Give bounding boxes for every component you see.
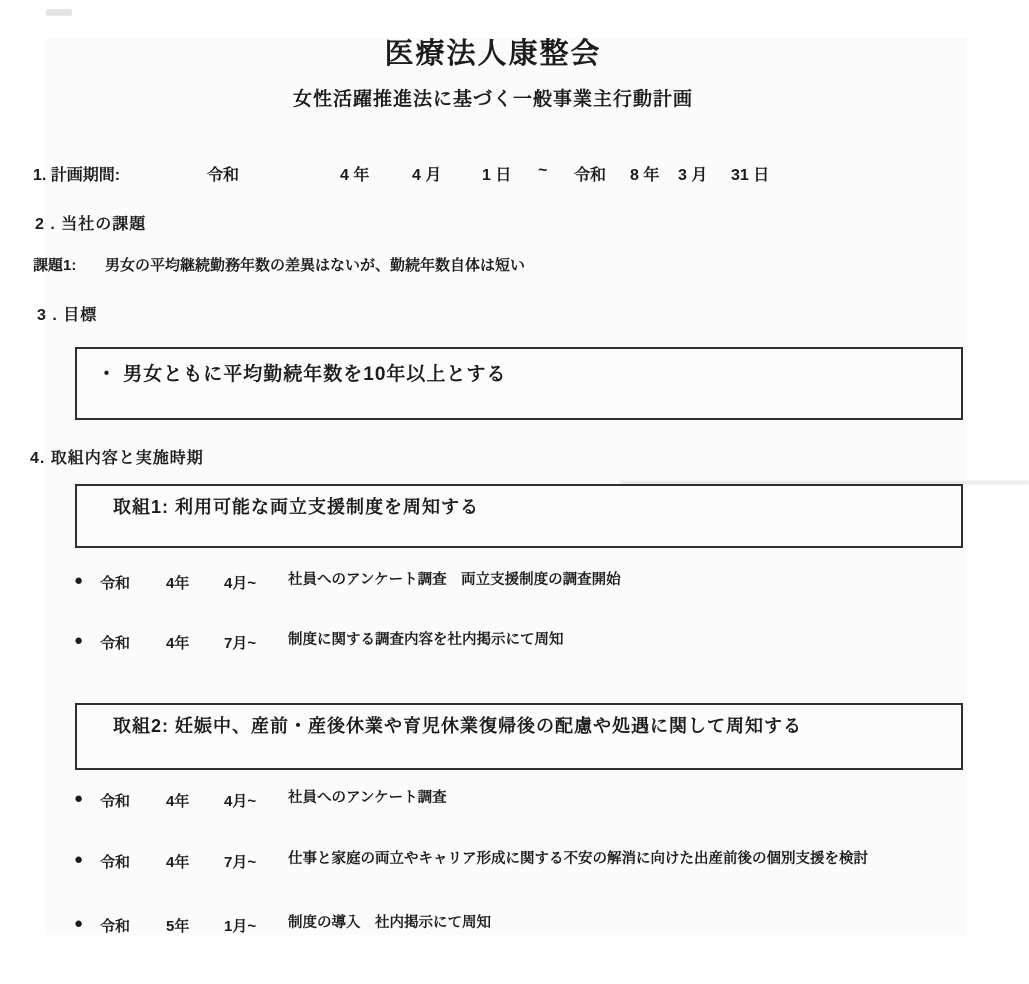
bullet-icon: ● [74, 915, 83, 932]
initiative-2-title: 取組2: 妊娠中、産前・産後休業や育児休業復帰後の配慮や処遇に関して周知する [77, 705, 961, 738]
schedule-row: ● 令和 5年 1月~ 制度の導入 社内掲示にて周知 [0, 915, 1029, 941]
schedule-month: 1月~ [224, 915, 256, 936]
schedule-year: 4年 [166, 790, 189, 811]
plan-end-month: 3 月 [678, 162, 707, 185]
schedule-era: 令和 [100, 790, 130, 811]
plan-period-row: 1. 計画期間: 令和 4 年 4 月 1 日 ~ 令和 8 年 3 月 31 … [0, 162, 1029, 186]
initiative-2-box: 取組2: 妊娠中、産前・産後休業や育児休業復帰後の配慮や処遇に関して周知する [75, 703, 963, 770]
schedule-description: 社員へのアンケート調査 両立支援制度の調査開始 [288, 568, 621, 589]
plan-end-day: 31 日 [731, 162, 769, 185]
schedule-row: ● 令和 4年 7月~ 制度に関する調査内容を社内掲示にて周知 [0, 632, 1029, 658]
schedule-month: 4月~ [224, 572, 256, 593]
section-goals-label: 3 . 目標 [37, 302, 97, 325]
plan-start-era: 令和 [207, 162, 239, 185]
schedule-year: 4年 [166, 851, 189, 872]
schedule-year: 5年 [166, 915, 189, 936]
schedule-row: ● 令和 4年 4月~ 社員へのアンケート調査 両立支援制度の調査開始 [0, 572, 1029, 598]
issue-1-label: 課題1: [33, 254, 76, 275]
schedule-year: 4年 [166, 572, 189, 593]
plan-start-month: 4 月 [412, 162, 441, 185]
initiative-1-title: 取組1: 利用可能な両立支援制度を周知する [77, 486, 961, 519]
schedule-row: ● 令和 4年 7月~ 仕事と家庭の両立やキャリア形成に関する不安の解消に向けた… [0, 851, 1029, 877]
plan-end-era: 令和 [574, 162, 606, 185]
schedule-description: 制度の導入 社内掲示にて周知 [288, 911, 491, 932]
initiative-1-box: 取組1: 利用可能な両立支援制度を周知する [75, 484, 963, 548]
schedule-era: 令和 [100, 915, 130, 936]
document-subtitle: 女性活躍推進法に基づく一般事業主行動計画 [45, 84, 941, 111]
plan-period-label: 1. 計画期間: [33, 162, 120, 185]
schedule-era: 令和 [100, 632, 130, 653]
goal-text: ・ 男女ともに平均勤続年数を10年以上とする [77, 349, 961, 386]
goal-box: ・ 男女ともに平均勤続年数を10年以上とする [75, 347, 963, 420]
schedule-description: 制度に関する調査内容を社内掲示にて周知 [288, 628, 564, 649]
plan-start-day: 1 日 [482, 162, 511, 185]
bullet-icon: ● [74, 572, 83, 589]
schedule-month: 7月~ [224, 851, 256, 872]
schedule-era: 令和 [100, 851, 130, 872]
bullet-icon: ● [74, 632, 83, 649]
schedule-month: 7月~ [224, 632, 256, 653]
schedule-era: 令和 [100, 572, 130, 593]
bullet-icon: ● [74, 790, 83, 807]
schedule-description: 社員へのアンケート調査 [288, 786, 447, 807]
document-title: 医療法人康整会 [45, 31, 941, 72]
schedule-month: 4月~ [224, 790, 256, 811]
bullet-icon: ● [74, 851, 83, 868]
schedule-year: 4年 [166, 632, 189, 653]
schedule-description: 仕事と家庭の両立やキャリア形成に関する不安の解消に向けた出産前後の個別支援を検討 [288, 847, 868, 868]
scan-artifact-smudge [46, 9, 72, 16]
plan-range-tilde: ~ [538, 162, 547, 180]
issue-1-text: 男女の平均継続勤務年数の差異はないが、勤続年数自体は短い [105, 254, 525, 275]
schedule-row: ● 令和 4年 4月~ 社員へのアンケート調査 [0, 790, 1029, 816]
document-page: 医療法人康整会 女性活躍推進法に基づく一般事業主行動計画 1. 計画期間: 令和… [0, 0, 1029, 984]
section-issues-label: 2 . 当社の課題 [35, 211, 146, 234]
section-actions-label: 4. 取組内容と実施時期 [30, 445, 204, 468]
plan-start-year: 4 年 [340, 162, 369, 185]
plan-end-year: 8 年 [630, 162, 659, 185]
